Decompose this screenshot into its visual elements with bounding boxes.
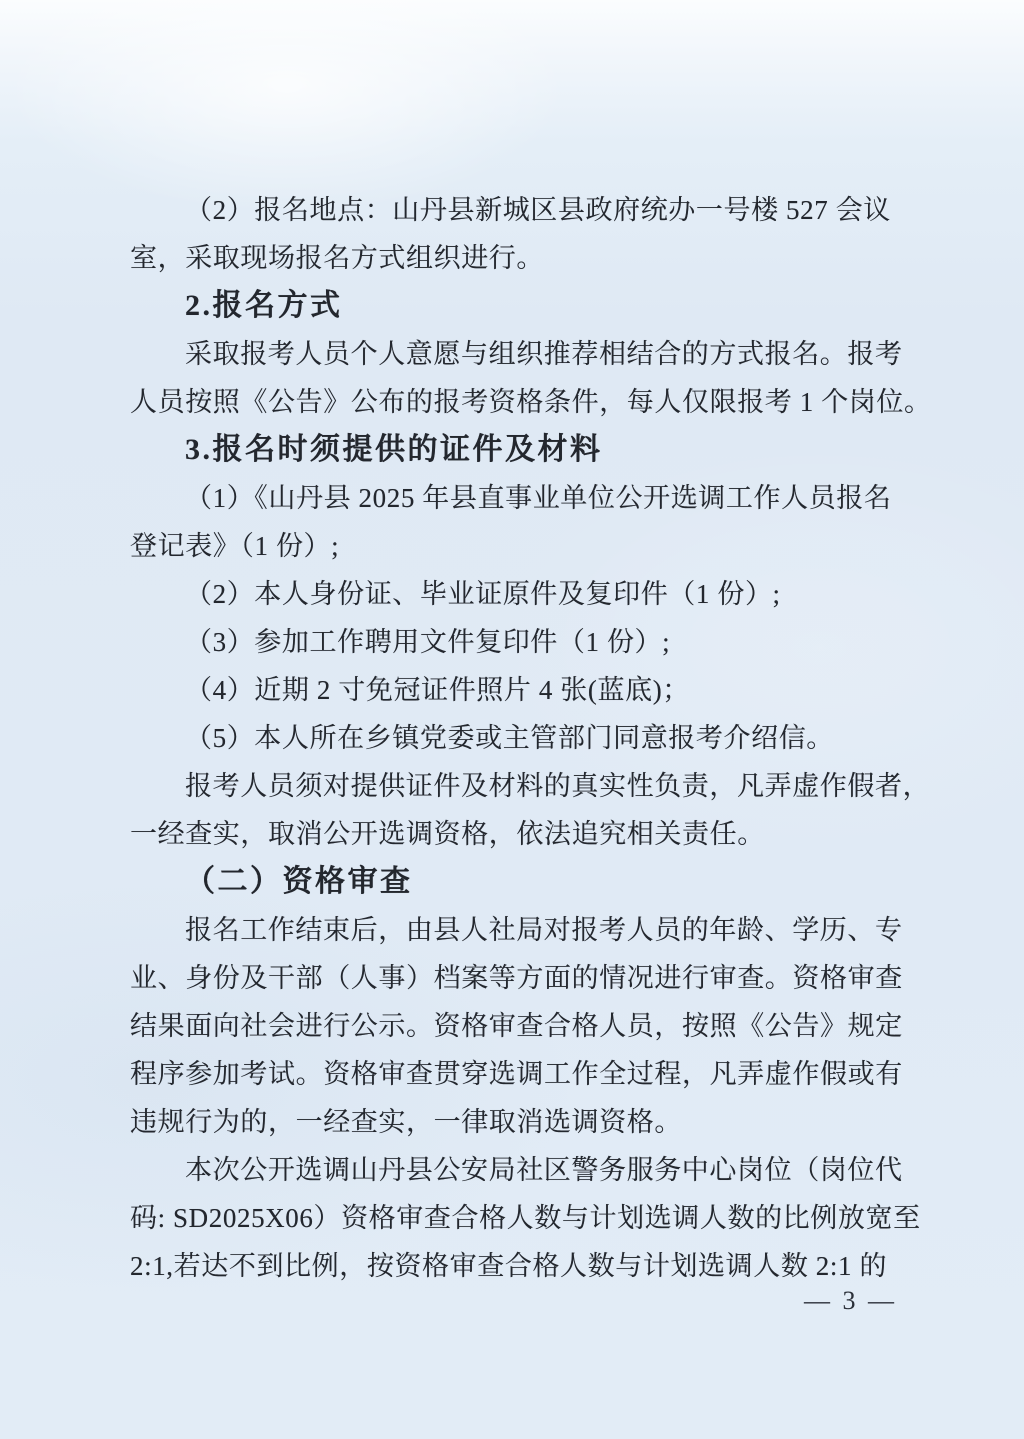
- text-line: （3）参加工作聘用文件复印件（1 份）;: [130, 618, 910, 666]
- text-line: 业、身份及干部（人事）档案等方面的情况进行审查。资格审查: [130, 954, 910, 1002]
- text-line: （4）近期 2 寸免冠证件照片 4 张(蓝底)；: [130, 666, 910, 714]
- text-line: 室，采取现场报名方式组织进行。: [130, 234, 910, 282]
- text-line: 程序参加考试。资格审查贯穿选调工作全过程，凡弄虚作假或有: [130, 1050, 910, 1098]
- section-heading: 3.报名时须提供的证件及材料: [130, 426, 910, 474]
- text-line: 一经查实，取消公开选调资格，依法追究相关责任。: [130, 810, 910, 858]
- text-line: （2）本人身份证、毕业证原件及复印件（1 份）;: [130, 570, 910, 618]
- text-line: 人员按照《公告》公布的报考资格条件，每人仅限报考 1 个岗位。: [130, 378, 910, 426]
- text-line: 码: SD2025X06）资格审查合格人数与计划选调人数的比例放宽至: [130, 1194, 910, 1242]
- text-line: （1）《山丹县 2025 年县直事业单位公开选调工作人员报名: [130, 474, 910, 522]
- section-heading: （二）资格审查: [130, 858, 910, 906]
- text-line: 结果面向社会进行公示。资格审查合格人员，按照《公告》规定: [130, 1002, 910, 1050]
- text-line: 本次公开选调山丹县公安局社区警务服务中心岗位（岗位代: [130, 1146, 910, 1194]
- text-line: 采取报考人员个人意愿与组织推荐相结合的方式报名。报考: [130, 330, 910, 378]
- text-line: 报名工作结束后，由县人社局对报考人员的年龄、学历、专: [130, 906, 910, 954]
- section-heading: 2.报名方式: [130, 282, 910, 330]
- document-body: （2）报名地点：山丹县新城区县政府统办一号楼 527 会议 室，采取现场报名方式…: [130, 186, 910, 1290]
- page-number: — 3 —: [804, 1286, 897, 1316]
- text-line: 2:1,若达不到比例，按资格审查合格人数与计划选调人数 2:1 的: [130, 1242, 910, 1290]
- text-line: （2）报名地点：山丹县新城区县政府统办一号楼 527 会议: [130, 186, 910, 234]
- scanned-page: （2）报名地点：山丹县新城区县政府统办一号楼 527 会议 室，采取现场报名方式…: [0, 0, 1024, 1439]
- text-line: 报考人员须对提供证件及材料的真实性负责，凡弄虚作假者，: [130, 762, 910, 810]
- text-line: （5）本人所在乡镇党委或主管部门同意报考介绍信。: [130, 714, 910, 762]
- text-line: 登记表》（1 份）;: [130, 522, 910, 570]
- text-line: 违规行为的，一经查实，一律取消选调资格。: [130, 1098, 910, 1146]
